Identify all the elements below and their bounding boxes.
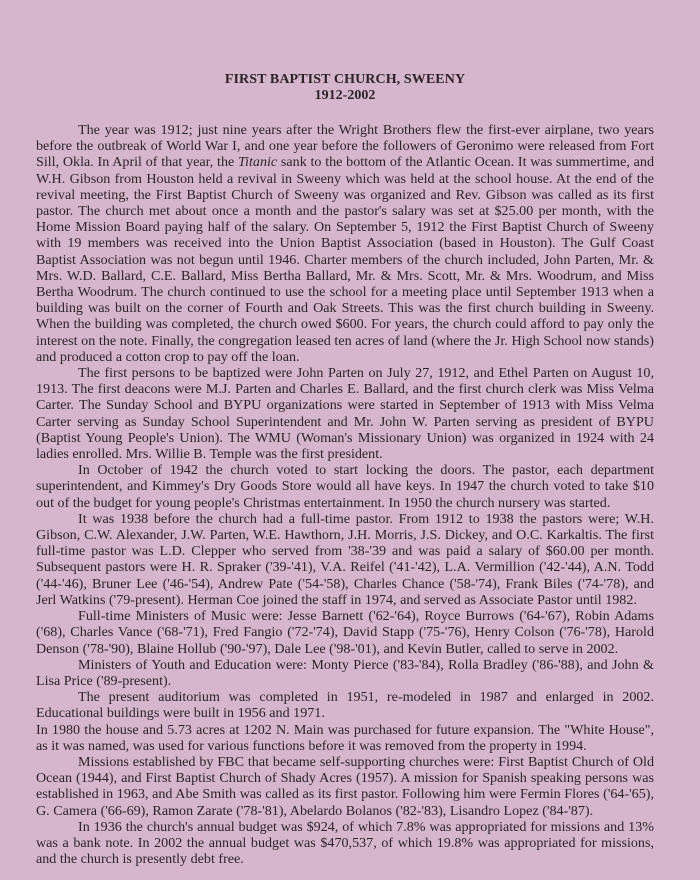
paragraph-missions: Missions established by FBC that became …	[36, 754, 654, 819]
document-subtitle: 1912-2002	[36, 88, 654, 104]
paragraph-buildings: The present auditorium was completed in …	[36, 689, 654, 721]
paragraph-youth-ministers: Ministers of Youth and Education were: M…	[36, 657, 654, 689]
ship-name: Titanic	[238, 154, 277, 170]
paragraph-doors: In October of 1942 the church voted to s…	[36, 462, 654, 511]
paragraph-white-house: In 1980 the house and 5.73 acres at 1202…	[36, 722, 654, 754]
paragraph-budget: In 1936 the church's annual budget was $…	[36, 819, 654, 868]
document-page: FIRST BAPTIST CHURCH, SWEENY 1912-2002 T…	[36, 60, 654, 867]
paragraph-music-ministers: Full-time Ministers of Music were: Jesse…	[36, 608, 654, 657]
paragraph-baptisms: The first persons to be baptized were Jo…	[36, 365, 654, 462]
document-title: FIRST BAPTIST CHURCH, SWEENY	[36, 72, 654, 88]
paragraph-founding: The year was 1912; just nine years after…	[36, 122, 654, 365]
paragraph-pastors: It was 1938 before the church had a full…	[36, 511, 654, 608]
